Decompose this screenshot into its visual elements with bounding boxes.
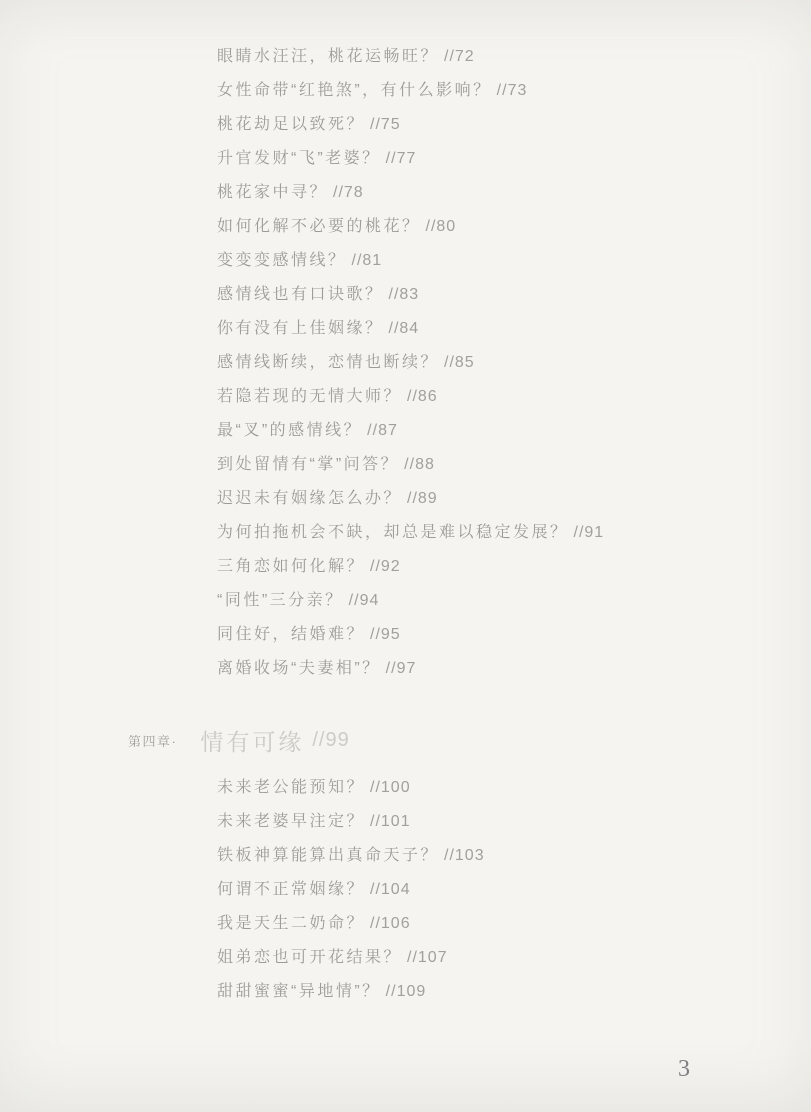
- toc-item-title: 桃花家中寻？: [217, 184, 328, 201]
- toc-item-title: 升官发财“飞”老婆？: [217, 150, 381, 167]
- toc-item-title: 变变变感情线？: [217, 252, 347, 269]
- toc-item: 到处留情有“掌”问答？//88: [217, 448, 604, 482]
- toc-item-page-ref: //85: [444, 354, 475, 371]
- toc-item-title: 为何拍拖机会不缺，却总是难以稳定发展？: [217, 524, 569, 541]
- toc-item-title: 感情线断续，恋情也断续？: [217, 354, 439, 371]
- toc-item-title: 何谓不正常姻缘？: [217, 881, 365, 898]
- toc-item: 感情线断续，恋情也断续？//85: [217, 346, 604, 380]
- toc-item-title: “同性”三分亲？: [217, 592, 344, 609]
- toc-item-title: 女性命带“红艳煞”，有什么影响？: [217, 82, 492, 99]
- toc-item-page-ref: //92: [370, 558, 401, 575]
- toc-item-title: 铁板神算能算出真命天子？: [217, 847, 439, 864]
- toc-item: 桃花家中寻？//78: [217, 176, 604, 210]
- chapter-title: 情有可缘: [200, 724, 304, 757]
- toc-item: 未来老婆早注定？//101: [217, 805, 485, 839]
- toc-item: 未来老公能预知？//100: [217, 771, 485, 805]
- toc-list-chapter4: 未来老公能预知？//100未来老婆早注定？//101铁板神算能算出真命天子？//…: [217, 771, 485, 1009]
- toc-item: 离婚收场“夫妻相”？//97: [217, 652, 604, 686]
- toc-item-page-ref: //80: [426, 218, 457, 235]
- toc-item-title: 我是天生二奶命？: [217, 915, 365, 932]
- toc-item-title: 未来老婆早注定？: [217, 813, 365, 830]
- toc-item-page-ref: //77: [386, 150, 417, 167]
- toc-item: 铁板神算能算出真命天子？//103: [217, 839, 485, 873]
- toc-item: 桃花劫足以致死？//75: [217, 108, 604, 142]
- toc-item-page-ref: //106: [370, 915, 411, 932]
- toc-item-page-ref: //94: [349, 592, 380, 609]
- toc-item: 最“叉”的感情线？//87: [217, 414, 604, 448]
- toc-item-title: 你有没有上佳姻缘？: [217, 320, 384, 337]
- toc-item-page-ref: //78: [333, 184, 364, 201]
- toc-item-page-ref: //73: [497, 82, 528, 99]
- toc-item: 如何化解不必要的桃花？//80: [217, 210, 604, 244]
- toc-item-title: 最“叉”的感情线？: [217, 422, 362, 439]
- toc-item-page-ref: //88: [404, 456, 435, 473]
- toc-item: 何谓不正常姻缘？//104: [217, 873, 485, 907]
- toc-item: 甜甜蜜蜜“异地情”？//109: [217, 975, 485, 1009]
- toc-item: 若隐若现的无情大师？//86: [217, 380, 604, 414]
- toc-item-title: 离婚收场“夫妻相”？: [217, 660, 381, 677]
- toc-item: 我是天生二奶命？//106: [217, 907, 485, 941]
- toc-item: 三角恋如何化解？//92: [217, 550, 604, 584]
- toc-item-page-ref: //103: [444, 847, 485, 864]
- toc-item: “同性”三分亲？//94: [217, 584, 604, 618]
- toc-item-page-ref: //91: [574, 524, 605, 541]
- toc-item-title: 桃花劫足以致死？: [217, 116, 365, 133]
- toc-item: 迟迟未有姻缘怎么办？//89: [217, 482, 604, 516]
- toc-item-page-ref: //83: [389, 286, 420, 303]
- toc-item-page-ref: //95: [370, 626, 401, 643]
- toc-item-page-ref: //72: [444, 48, 475, 65]
- toc-item-page-ref: //100: [370, 779, 411, 796]
- toc-item-page-ref: //81: [352, 252, 383, 269]
- toc-item-title: 感情线也有口诀歌？: [217, 286, 384, 303]
- toc-item-title: 迟迟未有姻缘怎么办？: [217, 490, 402, 507]
- toc-item-page-ref: //109: [386, 983, 427, 1000]
- toc-item-title: 姐弟恋也可开花结果？: [217, 949, 402, 966]
- toc-item-page-ref: //75: [370, 116, 401, 133]
- toc-item-page-ref: //107: [407, 949, 448, 966]
- toc-item-page-ref: //84: [389, 320, 420, 337]
- chapter-heading: 第四章· 情有可缘 //99: [128, 722, 350, 758]
- toc-item-title: 未来老公能预知？: [217, 779, 365, 796]
- page-number: 3: [678, 1056, 690, 1083]
- toc-list-continued: 眼睛水汪汪，桃花运畅旺？//72女性命带“红艳煞”，有什么影响？//73桃花劫足…: [217, 40, 604, 686]
- toc-item-title: 甜甜蜜蜜“异地情”？: [217, 983, 381, 1000]
- toc-item-page-ref: //101: [370, 813, 411, 830]
- toc-item: 你有没有上佳姻缘？//84: [217, 312, 604, 346]
- toc-item-title: 三角恋如何化解？: [217, 558, 365, 575]
- toc-item-page-ref: //97: [386, 660, 417, 677]
- toc-item: 眼睛水汪汪，桃花运畅旺？//72: [217, 40, 604, 74]
- toc-item: 同住好，结婚难？//95: [217, 618, 604, 652]
- toc-item: 感情线也有口诀歌？//83: [217, 278, 604, 312]
- toc-item-title: 若隐若现的无情大师？: [217, 388, 402, 405]
- toc-item-page-ref: //86: [407, 388, 438, 405]
- chapter-page-ref: //99: [312, 729, 349, 752]
- toc-item: 为何拍拖机会不缺，却总是难以稳定发展？//91: [217, 516, 604, 550]
- chapter-label: 第四章·: [128, 731, 177, 750]
- toc-item-title: 如何化解不必要的桃花？: [217, 218, 421, 235]
- toc-item-title: 同住好，结婚难？: [217, 626, 365, 643]
- toc-item-page-ref: //87: [367, 422, 398, 439]
- book-contents-page: 眼睛水汪汪，桃花运畅旺？//72女性命带“红艳煞”，有什么影响？//73桃花劫足…: [0, 0, 811, 1112]
- toc-item: 姐弟恋也可开花结果？//107: [217, 941, 485, 975]
- toc-item: 升官发财“飞”老婆？//77: [217, 142, 604, 176]
- toc-item-page-ref: //89: [407, 490, 438, 507]
- toc-item-title: 到处留情有“掌”问答？: [217, 456, 399, 473]
- toc-item: 女性命带“红艳煞”，有什么影响？//73: [217, 74, 604, 108]
- toc-item-title: 眼睛水汪汪，桃花运畅旺？: [217, 48, 439, 65]
- toc-item: 变变变感情线？//81: [217, 244, 604, 278]
- toc-item-page-ref: //104: [370, 881, 411, 898]
